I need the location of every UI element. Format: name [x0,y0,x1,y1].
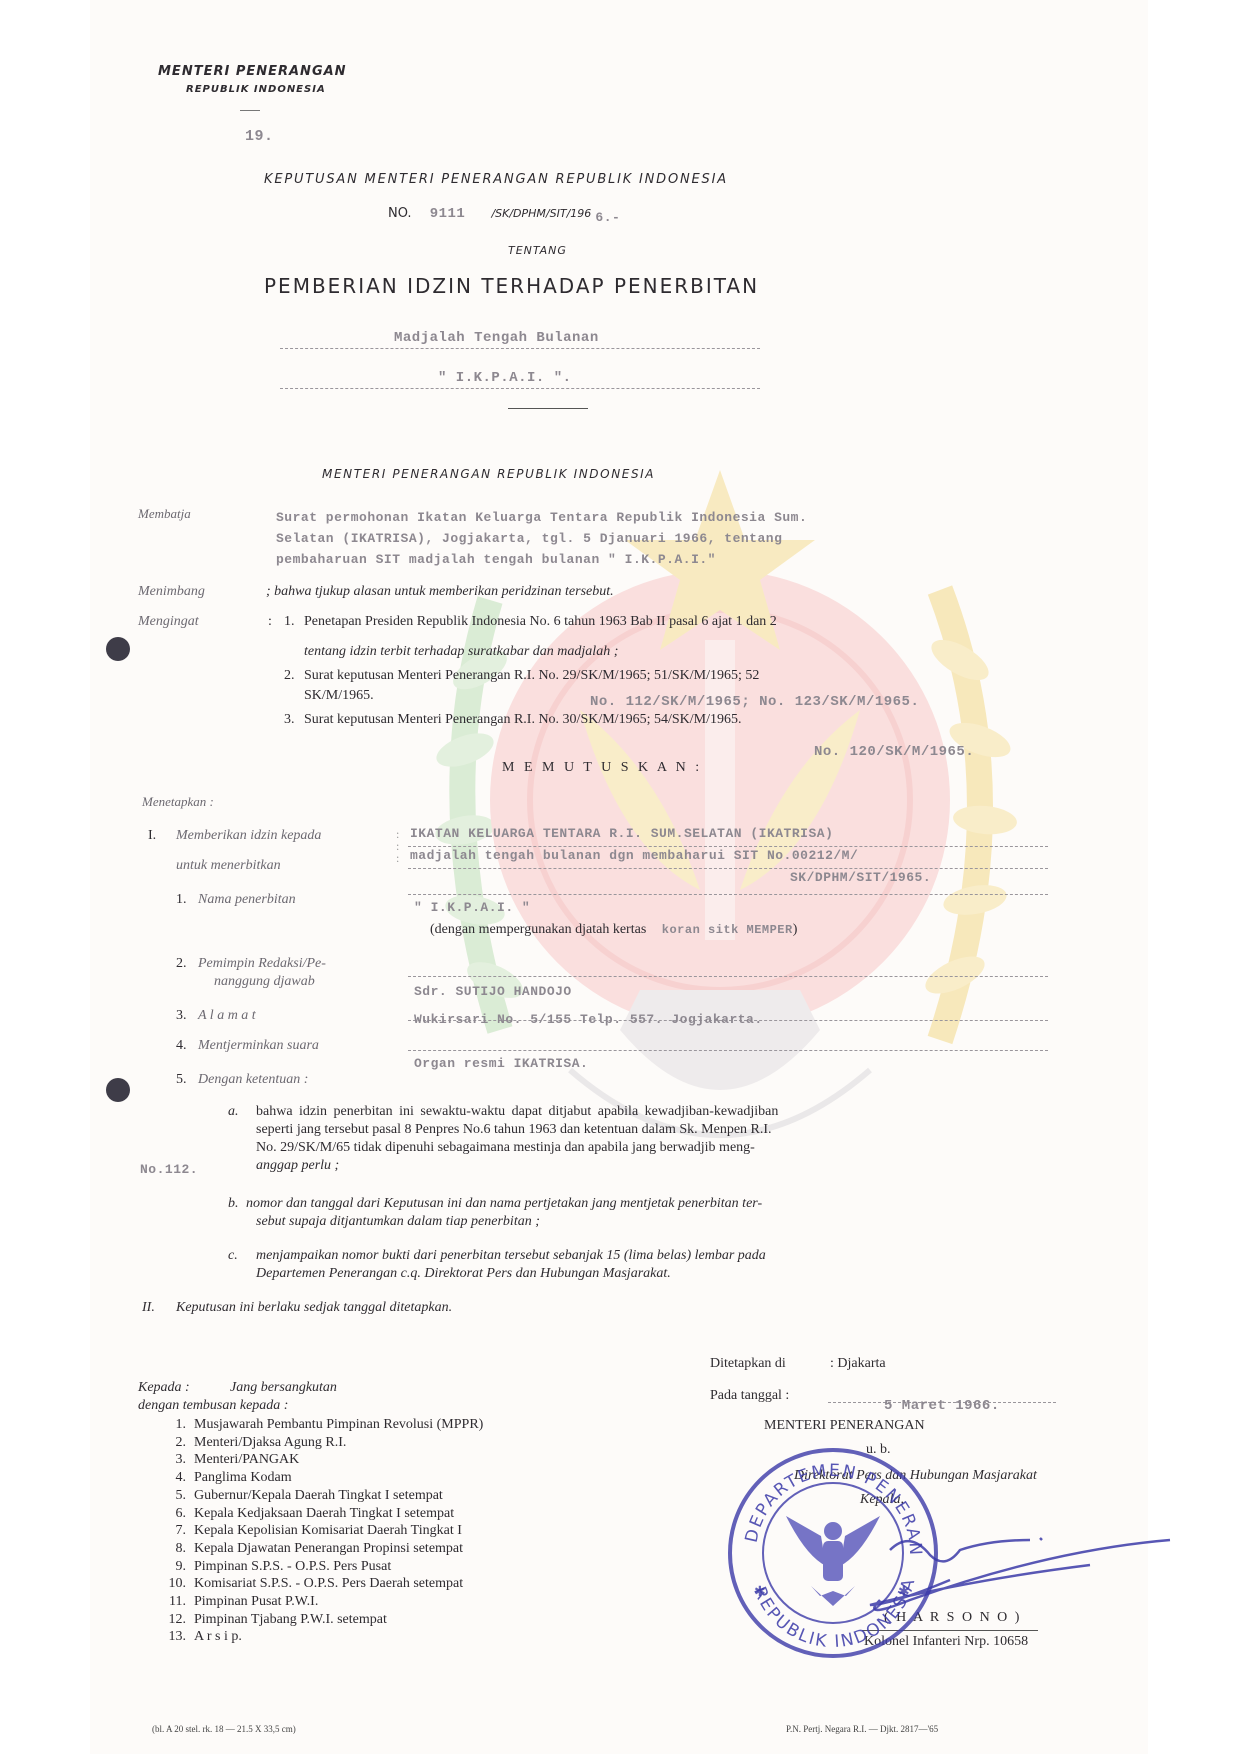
mengingat-item-1-num: 1. [284,614,295,630]
field-4-line [408,1050,1048,1051]
field-3-label: A l a m a t [198,1008,256,1024]
field-2-num: 2. [176,956,187,972]
item-1-value-2: madjalah tengah bulanan dgn membaharui S… [410,848,858,863]
menimbang-text: ; bahwa tjukup alasan untuk memberikan p… [266,584,614,600]
item-1-num: I. [148,828,156,844]
mengingat-typed-overlay-2: No. 120/SK/M/1965. [814,744,974,760]
condition-c-letter: c. [228,1248,238,1264]
punch-hole-upper [106,637,130,661]
kepada-value: Jang bersangkutan [230,1380,337,1396]
field-2-label: Pemimpin Redaksi/Pe- [198,956,326,972]
distribution-item: 3.Menteri/PANGAK [160,1451,483,1469]
mengingat-item-3-num: 3. [284,712,295,728]
date-value: 5 Maret 1966. [884,1398,1000,1414]
menimbang-value: bahwa tjukup alasan untuk memberikan per… [274,584,613,599]
authority-heading: MENTERI PENERANGAN REPUBLIK INDONESIA [322,467,655,481]
item-1-label-b: untuk menerbitkan [176,858,281,874]
condition-a-line-3: No. 29/SK/M/65 tidak dipenuhi sebagaiman… [256,1140,755,1156]
item-1-value-1: IKATAN KELUARGA TENTARA R.I. SUM.SELATAN… [410,826,833,841]
field-1-line [408,894,1048,895]
condition-a-line-1: bahwa idzin penerbitan ini sewaktu-waktu… [256,1104,778,1120]
mengingat-item-1-line-1: Penetapan Presiden Republik Indonesia No… [304,614,777,630]
publication-type-line [280,348,760,349]
menimbang-label: Menimbang [138,584,205,600]
item-2-text: Keputusan ini berlaku sedjak tanggal dit… [176,1300,452,1316]
field-1-value: " I.K.P.A.I. " [414,900,530,915]
mengingat-label: Mengingat [138,614,199,630]
distribution-item: 13.A r s i p. [160,1628,483,1646]
item-1-line-1 [408,846,1048,847]
footer-printer: P.N. Pertj. Negara R.I. — Djkt. 2817—'65 [786,1724,938,1734]
kepada-label: Kepada : [138,1380,190,1396]
publication-type: Madjalah Tengah Bulanan [394,330,599,346]
condition-c-line-2: Departemen Penerangan c.q. Direktorat Pe… [256,1266,671,1282]
field-2-value: Sdr. SUTIJO HANDOJO [414,984,572,999]
field-2-line [408,976,1048,977]
mengingat-item-2-line-2: SK/M/1965. [304,688,374,704]
decree-title: KEPUTUSAN MENTERI PENERANGAN REPUBLIK IN… [264,172,728,187]
decree-number-suffix: /SK/DPHM/SIT/196 [491,207,591,220]
distribution-item: 11.Pimpinan Pusat P.W.I. [160,1593,483,1611]
membatja-line-3: pembaharuan SIT madjalah tengah bulanan … [276,552,716,567]
paper-note: (dengan mempergunakan djatah kertas kora… [430,922,797,938]
decree-number: NO. 9111 /SK/DPHM/SIT/196 6.- [388,206,620,222]
mengingat-item-2-line-1: Surat keputusan Menteri Penerangan R.I. … [304,668,759,684]
field-3-num: 3. [176,1008,187,1024]
decree-number-prefix: NO. [388,206,412,221]
distribution-list: 1.Musjawarah Pembantu Pimpinan Revolusi … [160,1416,483,1646]
letterhead-line2: REPUBLIK INDONESIA [186,84,326,95]
decree-year-digit: 6.- [595,210,620,225]
condition-a-line-4: anggap perlu ; [256,1158,339,1174]
field-1-label: Nama penerbitan [198,892,296,908]
place-value: : Djakarta [830,1356,886,1372]
menetapkan-label: Menetapkan : [142,794,214,810]
paper-note-prefix: (dengan mempergunakan djatah kertas [430,922,646,937]
memutuskan-heading: M E M U T U S K A N : [502,760,702,776]
condition-c-line-1: menjampaikan nomor bukti dari penerbitan… [256,1248,766,1264]
decree-number-typed: 9111 [430,206,466,222]
distribution-item: 6.Kepala Kedjaksaan Daerah Tingkat I set… [160,1505,483,1523]
field-4-label: Mentjerminkan suara [198,1038,319,1054]
condition-b-letter: b. [228,1196,239,1212]
distribution-item: 7.Kepala Kepolisian Komisariat Daerah Ti… [160,1522,483,1540]
condition-b-line-2: sebut supaja ditjantumkan dalam tiap pen… [256,1214,540,1230]
mengingat-colon: : [268,614,272,630]
membatja-label: Membatja [138,506,191,522]
condition-a-letter: a. [228,1104,239,1120]
date-label: Pada tanggal : [710,1388,789,1404]
publication-name-line [280,388,760,389]
distribution-item: 1.Musjawarah Pembantu Pimpinan Revolusi … [160,1416,483,1434]
distribution-item: 5.Gubernur/Kepala Daerah Tingkat I setem… [160,1487,483,1505]
letterhead-line1: MENTERI PENERANGAN [158,64,347,79]
publication-name: " I.K.P.A.I. ". [438,370,572,386]
item-1-line-2 [408,868,1048,869]
distribution-item: 2.Menteri/Djaksa Agung R.I. [160,1434,483,1452]
field-5-label: Dengan ketentuan : [198,1072,308,1088]
distribution-item: 9.Pimpinan S.P.S. - O.P.S. Pers Pusat [160,1558,483,1576]
field-1-num: 1. [176,892,187,908]
letterhead-divider [240,110,260,111]
tentang-label: TENTANG [508,244,567,257]
field-2-label-cont: nanggung djawab [214,974,315,990]
distribution-item: 4.Panglima Kodam [160,1469,483,1487]
item-1-colons: ::: [396,828,399,864]
item-1-value-3: SK/DPHM/SIT/1965. [790,870,931,885]
condition-a-line-2: seperti jang tersebut pasal 8 Penpres No… [256,1122,772,1138]
decree-subject: PEMBERIAN IDZIN TERHADAP PENERBITAN [264,274,759,298]
membatja-line-1: Surat permohonan Ikatan Keluarga Tentara… [276,510,807,525]
distribution-item: 10.Komisariat S.P.S. - O.P.S. Pers Daera… [160,1575,483,1593]
distribution-item: 12.Pimpinan Tjabang P.W.I. setempat [160,1611,483,1629]
field-5-num: 5. [176,1072,187,1088]
distribution-item: 8.Kepala Djawatan Penerangan Propinsi se… [160,1540,483,1558]
mengingat-typed-overlay-1: No. 112/SK/M/1965; No. 123/SK/M/1965. [590,694,919,710]
title-divider [508,408,588,409]
item-2-num: II. [142,1300,155,1316]
paper-note-suffix: ) [793,922,798,937]
punch-hole-lower [106,1078,130,1102]
field-4-value: Organ resmi IKATRISA. [414,1056,588,1071]
tembusan-label: dengan tembusan kepada : [138,1398,288,1414]
field-3-value: Wukirsari No. 5/155 Telp. 557. Jogjakart… [414,1012,763,1027]
mengingat-item-1-line-2: tentang idzin terbit terhadap suratkabar… [304,644,618,660]
signature-office: MENTERI PENERANGAN [764,1418,925,1434]
item-1-label-a: Memberikan idzin kepada [176,828,321,844]
svg-text:✱: ✱ [754,1585,766,1600]
handwritten-signature [850,1510,1180,1620]
field-4-num: 4. [176,1038,187,1054]
paper-note-typed: koran sitk MEMPER [662,923,793,937]
mengingat-item-2-num: 2. [284,668,295,684]
reference-mark: 19. [245,128,274,145]
mengingat-item-3-line-1: Surat keputusan Menteri Penerangan R.I. … [304,712,741,728]
document-page: MENTERI PENERANGAN REPUBLIK INDONESIA 19… [90,0,1148,1754]
footer-form-code: (bl. A 20 stel. rk. 18 — 21.5 X 33,5 cm) [152,1724,296,1734]
place-label: Ditetapkan di [710,1356,786,1372]
condition-b-line-1: nomor dan tanggal dari Keputusan ini dan… [246,1196,762,1212]
margin-note: No.112. [140,1162,198,1177]
membatja-line-2: Selatan (IKATRISA), Jogjakarta, tgl. 5 D… [276,531,782,546]
